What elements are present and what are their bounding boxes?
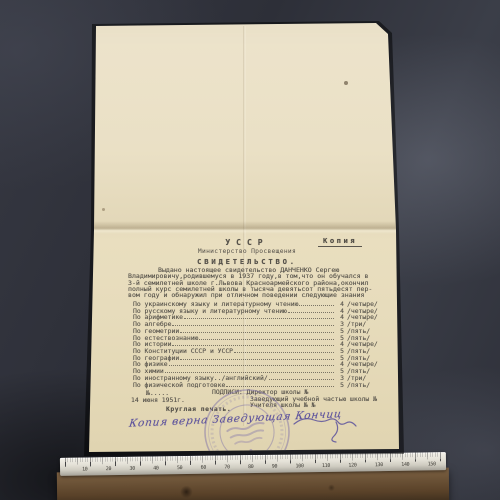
issue-date: 14 июня 1951г.	[131, 396, 185, 404]
dotted-leader	[299, 305, 334, 306]
grade-row: По естествознанию5/пять/	[133, 334, 394, 341]
dotted-leader	[172, 325, 334, 326]
dotted-leader	[199, 339, 334, 340]
ruler-number: 20	[106, 466, 112, 472]
paper-age-spot	[102, 208, 105, 211]
document-header: УССР Министерство Просвещения СВИДЕТЕЛЬС…	[128, 238, 366, 266]
grade-word: /пять/	[344, 381, 394, 389]
dotted-leader	[180, 332, 334, 333]
dotted-leader	[169, 365, 334, 366]
ruler-number: 70	[224, 464, 230, 470]
photo-of-certificate: 10 20 30 40 50 60 70 80 90 100 110 120 1…	[0, 0, 500, 500]
grade-row: По географии5/пять/	[133, 354, 394, 361]
dotted-leader	[234, 352, 334, 353]
country-name: УССР	[128, 238, 366, 247]
ruler-number: 120	[348, 462, 356, 468]
grade-row: По химии5/пять/	[133, 367, 394, 374]
ruler-number: 150	[428, 461, 436, 467]
ruler-number: 110	[322, 462, 330, 468]
ruler-number: 10	[82, 466, 88, 472]
certificate-body-text: Выдано настоящее свидетельство ДАНЧЕНКО …	[128, 267, 396, 298]
certificate-paper: Копия УССР Министерство Просвещения СВИД…	[0, 0, 500, 500]
paper-age-spot	[344, 81, 348, 85]
grade-row: По геометрии5/пять/	[133, 327, 394, 334]
dotted-leader	[180, 359, 334, 360]
signature-flourish	[292, 408, 358, 444]
grade-row: По украинскому языку и литературному чте…	[133, 300, 394, 307]
ruler-number: 90	[272, 463, 278, 469]
body-line: вом году и обнаружил при отличном поведе…	[128, 292, 396, 298]
grade-number: 5	[336, 381, 344, 389]
ruler-number: 30	[129, 465, 135, 471]
ruler-number: 100	[295, 463, 303, 469]
horizontal-fold-crease	[90, 221, 398, 234]
ruler-number: 60	[201, 464, 207, 470]
dotted-leader	[184, 318, 334, 319]
grades-table: По украинскому языку и литературному чте…	[133, 300, 394, 387]
ruler-number: 40	[153, 465, 159, 471]
document-title: СВИДЕТЕЛЬСТВО.	[128, 257, 366, 266]
grade-row: По Конституции СССР и УССР5/пять/	[133, 347, 394, 354]
ruler-number: 50	[177, 465, 183, 471]
ministry-name: Министерство Просвещения	[128, 248, 366, 255]
dotted-leader	[288, 312, 334, 313]
ruler-number: 130	[375, 462, 383, 468]
ruler-number: 140	[401, 461, 409, 467]
ruler-number: 80	[248, 463, 254, 469]
